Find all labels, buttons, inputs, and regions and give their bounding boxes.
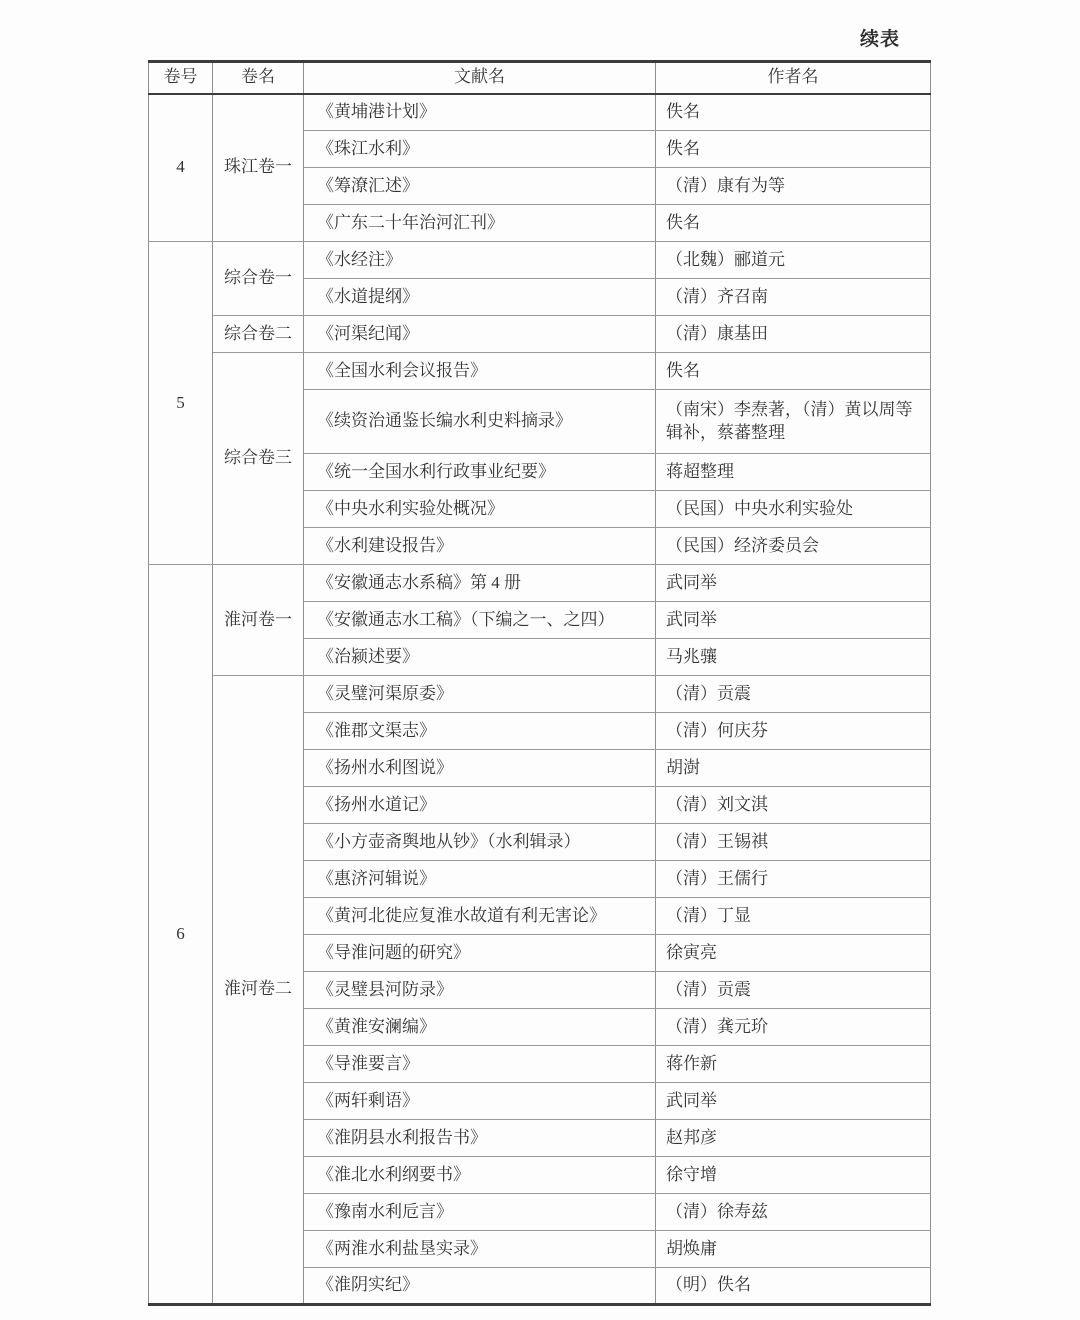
author-cell: （清）何庆芬	[656, 713, 931, 750]
table-row: 综合卷二《河渠纪闻》（清）康基田	[149, 316, 931, 353]
document-title-cell: 《导淮要言》	[304, 1046, 656, 1083]
document-title-cell: 《水道提纲》	[304, 279, 656, 316]
document-title-cell: 《黄埔港计划》	[304, 94, 656, 131]
header-row: 卷号 卷名 文献名 作者名	[149, 62, 931, 94]
document-title-cell: 《河渠纪闻》	[304, 316, 656, 353]
volume-name-cell: 综合卷二	[213, 316, 304, 353]
document-title-cell: 《续资治通鉴长编水利史料摘录》	[304, 390, 656, 454]
column-header-volume-name: 卷名	[213, 62, 304, 94]
author-cell: （南宋）李焘著，（清）黄以周等辑补，蔡蕃整理	[656, 390, 931, 454]
author-cell: （清）丁显	[656, 898, 931, 935]
document-title-cell: 《导淮问题的研究》	[304, 935, 656, 972]
table-row: 6淮河卷一《安徽通志水系稿》第 4 册武同举	[149, 565, 931, 602]
document-title-cell: 《惠济河辑说》	[304, 861, 656, 898]
author-cell: （清）刘文淇	[656, 787, 931, 824]
document-title-cell: 《广东二十年治河汇刊》	[304, 205, 656, 242]
author-cell: （北魏）郦道元	[656, 242, 931, 279]
author-cell: （明）佚名	[656, 1268, 931, 1305]
volume-name-cell: 综合卷三	[213, 353, 304, 565]
document-title-cell: 《两淮水利盐垦实录》	[304, 1231, 656, 1268]
document-title-cell: 《淮郡文渠志》	[304, 713, 656, 750]
document-page: 续表 卷号 卷名 文献名 作者名 4珠江卷一《黄埔港计划》佚名《珠江水利》佚名《…	[0, 0, 1080, 1320]
author-cell: 赵邦彦	[656, 1120, 931, 1157]
volume-number-cell: 4	[149, 94, 213, 242]
author-cell: 徐守增	[656, 1157, 931, 1194]
table-content-area: 续表 卷号 卷名 文献名 作者名 4珠江卷一《黄埔港计划》佚名《珠江水利》佚名《…	[148, 24, 930, 1306]
table-row: 5综合卷一《水经注》（北魏）郦道元	[149, 242, 931, 279]
column-header-document-name: 文献名	[304, 62, 656, 94]
volume-number-cell: 6	[149, 565, 213, 1305]
author-cell: 胡澍	[656, 750, 931, 787]
author-cell: 马兆骧	[656, 639, 931, 676]
volume-number-cell: 5	[149, 242, 213, 565]
author-cell: （清）贡震	[656, 972, 931, 1009]
table-row: 4珠江卷一《黄埔港计划》佚名	[149, 94, 931, 131]
table-header: 卷号 卷名 文献名 作者名	[149, 62, 931, 94]
table-row: 综合卷三《全国水利会议报告》佚名	[149, 353, 931, 390]
document-title-cell: 《筹潦汇述》	[304, 168, 656, 205]
author-cell: 蒋作新	[656, 1046, 931, 1083]
author-cell: （清）王锡祺	[656, 824, 931, 861]
document-title-cell: 《全国水利会议报告》	[304, 353, 656, 390]
document-title-cell: 《水利建设报告》	[304, 528, 656, 565]
author-cell: 武同举	[656, 602, 931, 639]
author-cell: （民国）经济委员会	[656, 528, 931, 565]
author-cell: 佚名	[656, 353, 931, 390]
author-cell: （清）徐寿兹	[656, 1194, 931, 1231]
document-title-cell: 《扬州水道记》	[304, 787, 656, 824]
table-row: 淮河卷二《灵璧河渠原委》（清）贡震	[149, 676, 931, 713]
bibliography-table: 卷号 卷名 文献名 作者名 4珠江卷一《黄埔港计划》佚名《珠江水利》佚名《筹潦汇…	[148, 60, 931, 1306]
author-cell: 佚名	[656, 205, 931, 242]
column-header-author-name: 作者名	[656, 62, 931, 94]
volume-name-cell: 淮河卷二	[213, 676, 304, 1305]
document-title-cell: 《扬州水利图说》	[304, 750, 656, 787]
volume-name-cell: 淮河卷一	[213, 565, 304, 676]
author-cell: （清）康基田	[656, 316, 931, 353]
document-title-cell: 《黄淮安澜编》	[304, 1009, 656, 1046]
document-title-cell: 《珠江水利》	[304, 131, 656, 168]
document-title-cell: 《小方壶斋舆地从钞》（水利辑录）	[304, 824, 656, 861]
document-title-cell: 《豫南水利卮言》	[304, 1194, 656, 1231]
author-cell: 蒋超整理	[656, 454, 931, 491]
author-cell: （清）贡震	[656, 676, 931, 713]
author-cell: （清）王儒行	[656, 861, 931, 898]
author-cell: 武同举	[656, 565, 931, 602]
document-title-cell: 《淮阴县水利报告书》	[304, 1120, 656, 1157]
author-cell: （清）康有为等	[656, 168, 931, 205]
author-cell: 武同举	[656, 1083, 931, 1120]
document-title-cell: 《安徽通志水工稿》（下编之一、之四）	[304, 602, 656, 639]
document-title-cell: 《灵璧县河防录》	[304, 972, 656, 1009]
document-title-cell: 《中央水利实验处概况》	[304, 491, 656, 528]
volume-name-cell: 综合卷一	[213, 242, 304, 316]
author-cell: 胡焕庸	[656, 1231, 931, 1268]
document-title-cell: 《治颍述要》	[304, 639, 656, 676]
catalog-table-body: 4珠江卷一《黄埔港计划》佚名《珠江水利》佚名《筹潦汇述》（清）康有为等《广东二十…	[149, 94, 931, 1305]
author-cell: 徐寅亮	[656, 935, 931, 972]
author-cell: （民国）中央水利实验处	[656, 491, 931, 528]
author-cell: （清）龚元玠	[656, 1009, 931, 1046]
document-title-cell: 《安徽通志水系稿》第 4 册	[304, 565, 656, 602]
document-title-cell: 《两轩剩语》	[304, 1083, 656, 1120]
volume-name-cell: 珠江卷一	[213, 94, 304, 242]
document-title-cell: 《淮北水利纲要书》	[304, 1157, 656, 1194]
author-cell: 佚名	[656, 94, 931, 131]
author-cell: 佚名	[656, 131, 931, 168]
author-cell: （清）齐召南	[656, 279, 931, 316]
document-title-cell: 《淮阴实纪》	[304, 1268, 656, 1305]
column-header-volume-number: 卷号	[149, 62, 213, 94]
document-title-cell: 《水经注》	[304, 242, 656, 279]
document-title-cell: 《统一全国水利行政事业纪要》	[304, 454, 656, 491]
document-title-cell: 《黄河北徙应复淮水故道有利无害论》	[304, 898, 656, 935]
document-title-cell: 《灵璧河渠原委》	[304, 676, 656, 713]
continued-table-label: 续表	[148, 24, 930, 51]
